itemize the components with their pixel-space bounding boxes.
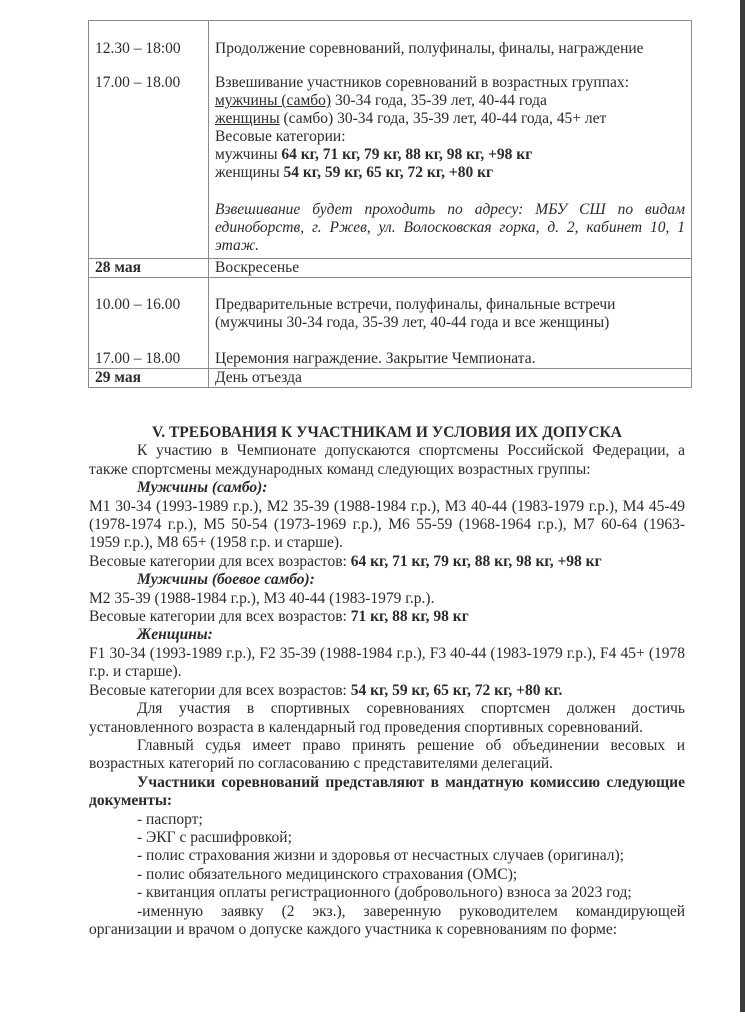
time-cell: 10.00 – 16.00 <box>89 278 209 333</box>
application-form-item: -именную заявку (2 экз.), заверенную рук… <box>89 903 685 940</box>
intro-paragraph: К участию в Чемпионате допускаются спорт… <box>89 442 685 479</box>
women-ages-line: женщины (самбо) 30-34 года, 35-39 лет, 4… <box>215 110 685 128</box>
event-cell: Предварительные встречи, полуфиналы, фин… <box>209 278 692 333</box>
judge-rule-paragraph: Главный судья имеет право принять решени… <box>89 737 685 774</box>
event-cell: Воскресенье <box>209 259 692 278</box>
event-cell: Церемония награждение. Закрытие Чемпиона… <box>209 332 692 369</box>
event-cell: День отъезда <box>209 369 692 388</box>
time-cell: 12.30 – 18:00 <box>89 21 209 59</box>
day-cell: 29 мая <box>89 369 209 388</box>
event-cell: Продолжение соревнований, полуфиналы, фи… <box>209 21 692 59</box>
weighing-intro: Взвешивание участников соревнований в во… <box>215 74 685 92</box>
section-requirements: V. ТРЕБОВАНИЯ К УЧАСТНИКАМ И УСЛОВИЯ ИХ … <box>89 424 685 939</box>
table-row: 10.00 – 16.00 Предварительные встречи, п… <box>89 278 692 333</box>
women-weights: Весовые категории для всех возрастов: 54… <box>89 682 685 700</box>
weight-title: Весовые категории: <box>215 128 685 146</box>
document-item: - ЭКГ с расшифровкой; <box>89 829 685 847</box>
event-cell: Взвешивание участников соревнований в во… <box>209 58 692 259</box>
women-heading: Женщины: <box>89 626 685 644</box>
men-weights-line: мужчины 64 кг, 71 кг, 79 кг, 88 кг, 98 к… <box>215 146 685 164</box>
time-cell: 17.00 – 18.00 <box>89 332 209 369</box>
men-combat-groups: М2 35-39 (1988-1984 г.р.), М3 40-44 (198… <box>89 590 685 608</box>
document-item: - полис обязательного медицинского страх… <box>89 866 685 884</box>
men-sambo-weights: Весовые категории для всех возрастов: 64… <box>89 553 685 571</box>
men-combat-weights: Весовые категории для всех возрастов: 71… <box>89 608 685 626</box>
women-weights-line: женщины 54 кг, 59 кг, 65 кг, 72 кг, +80 … <box>215 164 685 182</box>
document-item: - паспорт; <box>89 811 685 829</box>
men-sambo-heading: Мужчины (самбо): <box>89 479 685 497</box>
table-row: 12.30 – 18:00 Продолжение соревнований, … <box>89 21 692 59</box>
weighing-address: Взвешивание будет проходить по адресу: М… <box>215 201 685 255</box>
men-ages-line: мужчины (самбо) 30-34 года, 35-39 лет, 4… <box>215 92 685 110</box>
scan-edge-shadow <box>740 0 745 1012</box>
table-row: 29 мая День отъезда <box>89 369 692 388</box>
document-item: - полис страхования жизни и здоровья от … <box>89 847 685 865</box>
documents-heading: Участники соревнований представляют в ма… <box>89 774 685 811</box>
men-sambo-groups: М1 30-34 (1993-1989 г.р.), М2 35-39 (198… <box>89 498 685 553</box>
women-groups: F1 30-34 (1993-1989 г.р.), F2 35-39 (198… <box>89 645 685 682</box>
section-title: V. ТРЕБОВАНИЯ К УЧАСТНИКАМ И УСЛОВИЯ ИХ … <box>89 424 685 442</box>
document-page: 12.30 – 18:00 Продолжение соревнований, … <box>0 0 740 1024</box>
document-item: - квитанция оплаты регистрационного (доб… <box>89 884 685 902</box>
men-combat-heading: Мужчины (боевое самбо): <box>89 571 685 589</box>
table-row: 17.00 – 18.00 Взвешивание участников сор… <box>89 58 692 259</box>
table-row: 28 мая Воскресенье <box>89 259 692 278</box>
time-cell: 17.00 – 18.00 <box>89 58 209 259</box>
age-rule-paragraph: Для участия в спортивных соревнованиях с… <box>89 700 685 737</box>
table-row: 17.00 – 18.00 Церемония награждение. Зак… <box>89 332 692 369</box>
schedule-table: 12.30 – 18:00 Продолжение соревнований, … <box>88 20 692 388</box>
day-cell: 28 мая <box>89 259 209 278</box>
